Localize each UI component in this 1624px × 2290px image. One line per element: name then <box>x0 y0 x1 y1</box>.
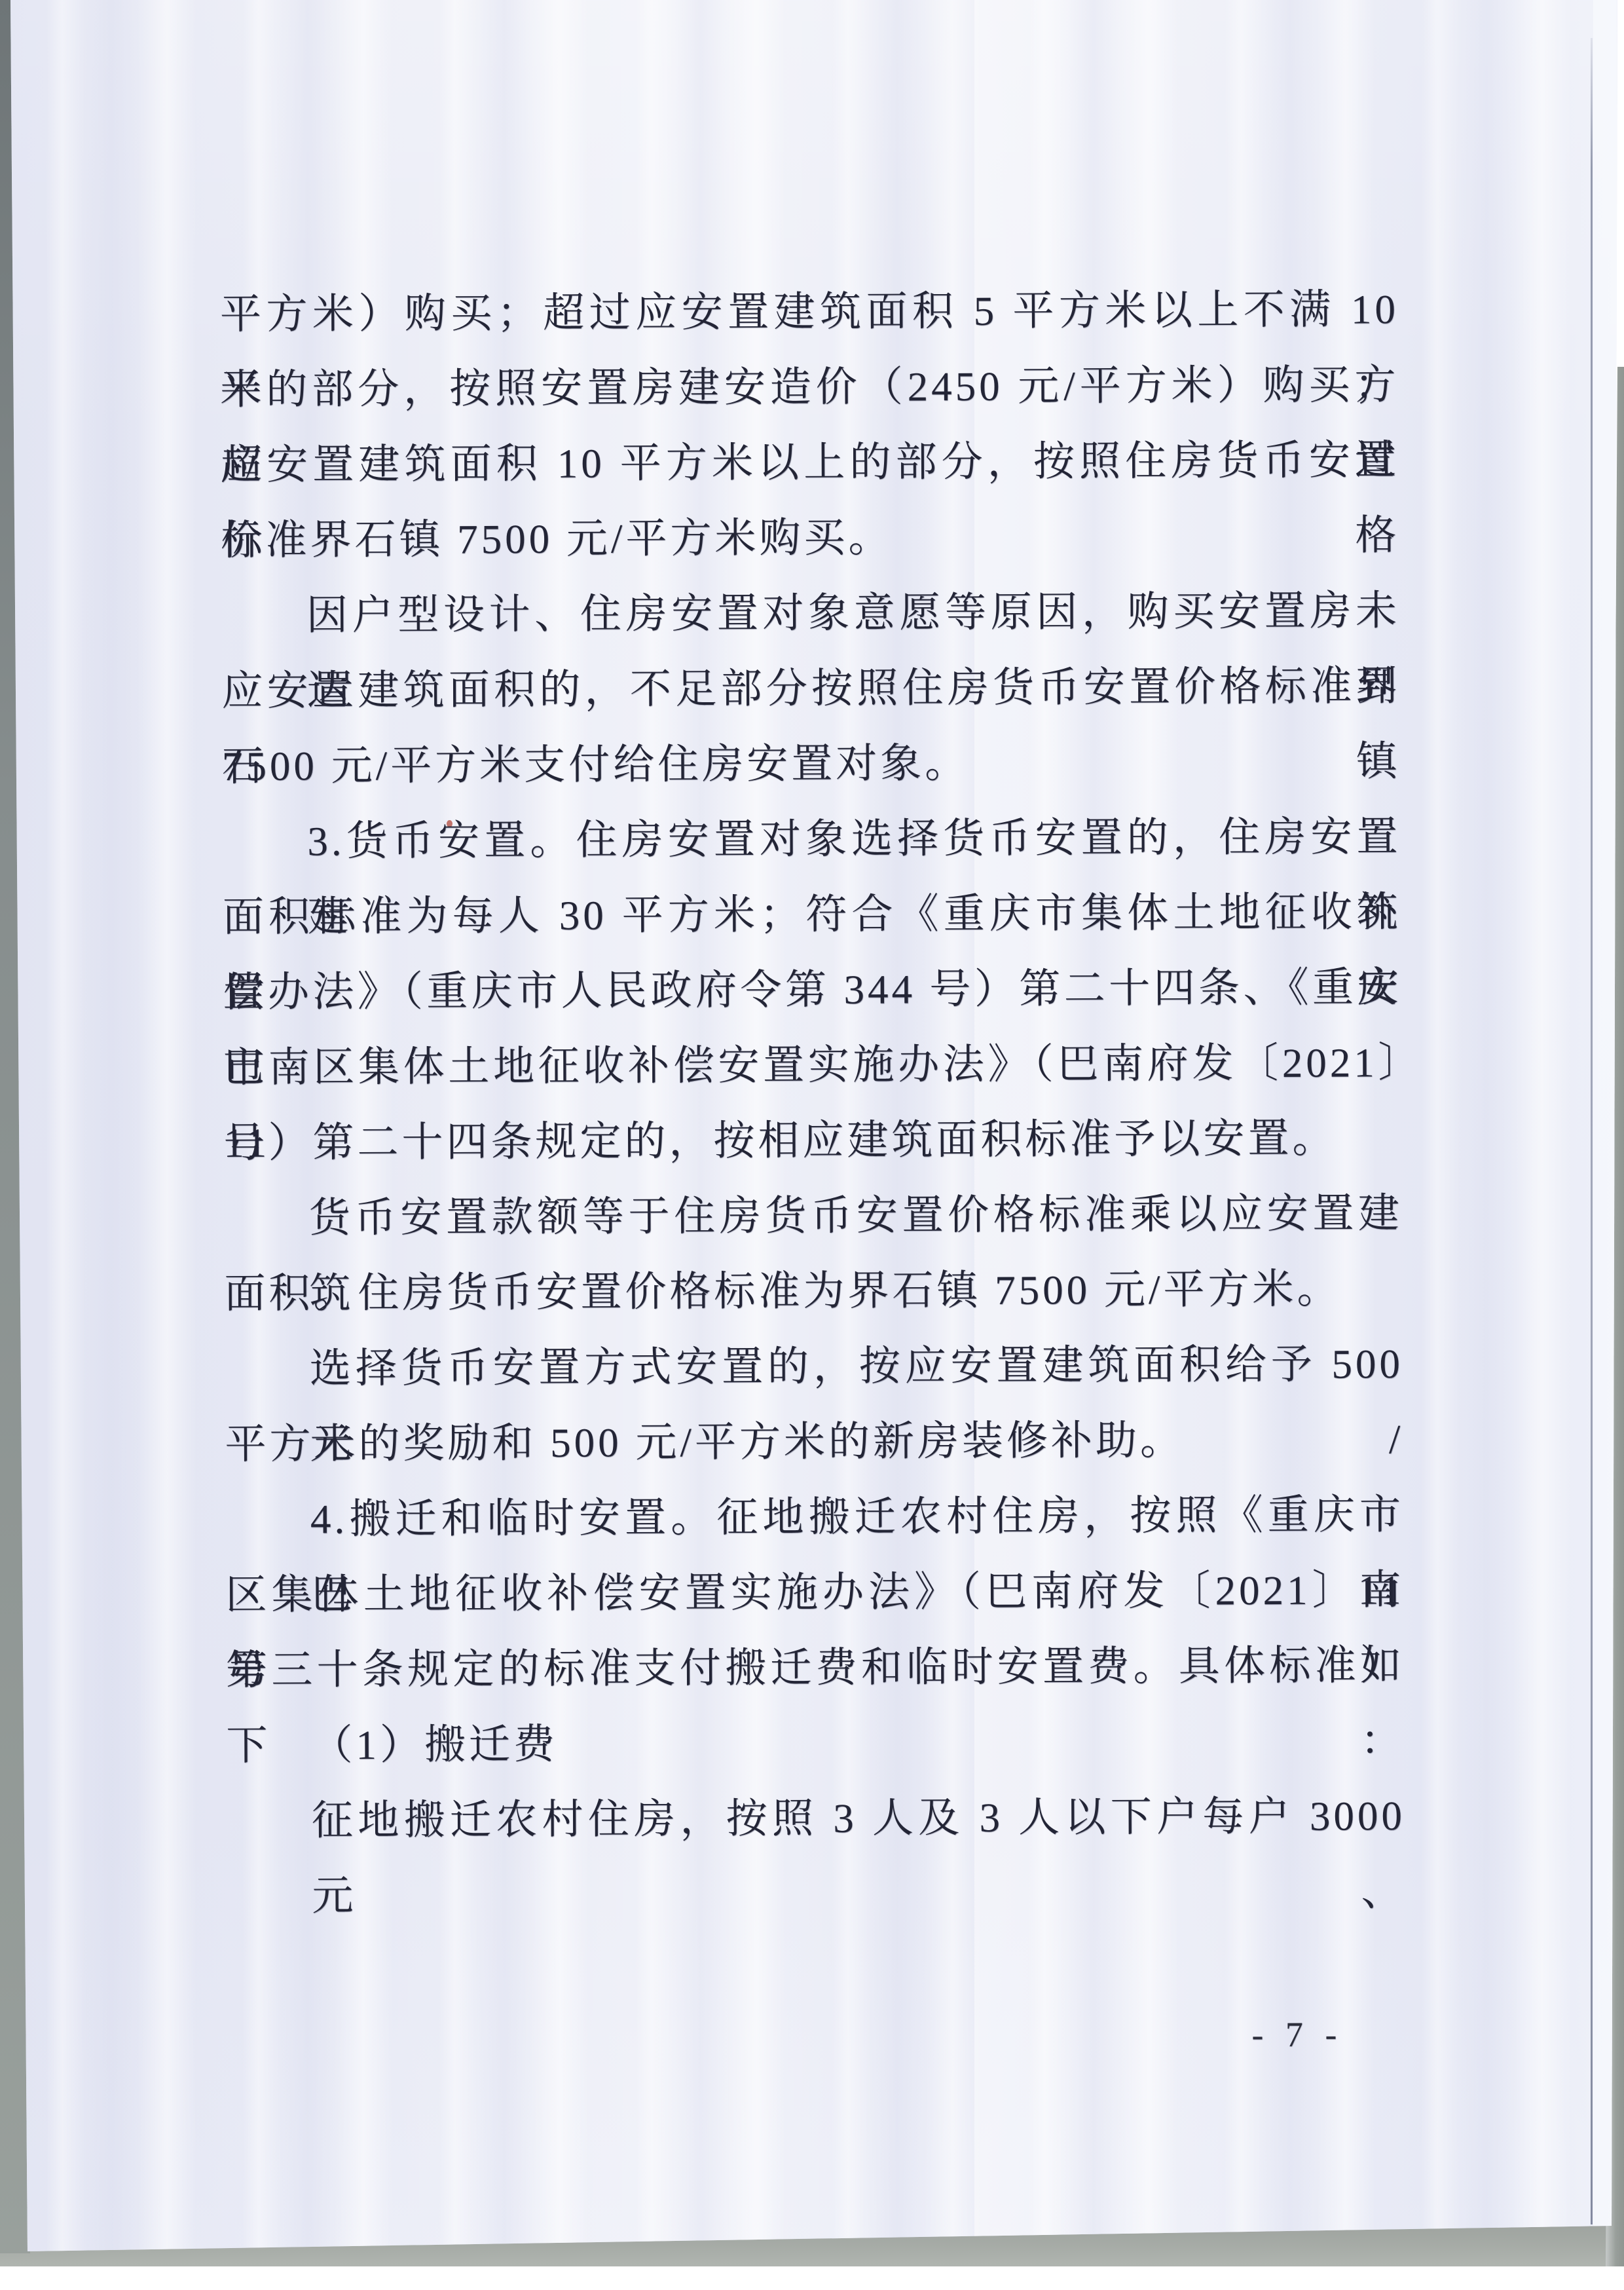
text-line: 巴南区集体土地征收补偿安置实施办法》（巴南府发〔2021〕11 <box>223 1025 1402 1106</box>
text-line: 4.搬迁和临时安置。征地搬迁农村住房，按照《重庆市巴南 <box>225 1477 1404 1558</box>
text-line: 选择货币安置方式安置的，按应安置建筑面积给予 500 元/ <box>225 1326 1403 1407</box>
paper-sheet: 平方米）购买；超过应安置建筑面积 5 平方米以上不满 10 平方 米的部分，按照… <box>0 0 1624 2266</box>
document-body-text: 平方米）购买；超过应安置建筑面积 5 平方米以上不满 10 平方 米的部分，按照… <box>220 272 1406 1859</box>
text-line: 3.货币安置。住房安置对象选择货币安置的，住房安置建筑 <box>222 799 1401 880</box>
text-line: 区集体土地征收补偿安置实施办法》（巴南府发〔2021〕11 号） <box>225 1552 1404 1633</box>
text-line: 应安置建筑面积的，不足部分按照住房货币安置价格标准界石镇 <box>221 648 1400 729</box>
text-line: 货币安置款额等于住房货币安置价格标准乘以应安置建筑 <box>224 1176 1403 1256</box>
text-line: 征地搬迁农村住房，按照 3 人及 3 人以下户每户 3000 元、 <box>227 1778 1405 1859</box>
text-line: 面积标准为每人 30 平方米；符合《重庆市集体土地征收补偿安 <box>223 874 1401 955</box>
text-line: 第三十条规定的标准支付搬迁费和临时安置费。具体标准如下： <box>226 1628 1405 1708</box>
text-line: 应安置建筑面积 10 平方米以上的部分，按照住房货币安置价格 <box>221 422 1399 503</box>
scanned-document-page: 平方米）购买；超过应安置建筑面积 5 平方米以上不满 10 平方 米的部分，按照… <box>0 0 1624 2290</box>
text-line: 平方米）购买；超过应安置建筑面积 5 平方米以上不满 10 平方 <box>220 272 1399 352</box>
text-line: 号）第二十四条规定的，按相应建筑面积标准予以安置。 <box>223 1100 1402 1181</box>
document-content: 平方米）购买；超过应安置建筑面积 5 平方米以上不满 10 平方 米的部分，按照… <box>0 0 1624 2267</box>
page-number: - 7 - <box>1225 1998 1369 2071</box>
text-line: 面积。住房货币安置价格标准为界石镇 7500 元/平方米。 <box>224 1251 1403 1332</box>
text-line: 因户型设计、住房安置对象意愿等原因，购买安置房未达到 <box>221 573 1400 654</box>
text-line: 米的部分，按照安置房建安造价（2450 元/平方米）购买；超过 <box>220 347 1399 428</box>
text-line: 置办法》（重庆市人民政府令第 344 号）第二十四条、《重庆市 <box>223 950 1401 1030</box>
